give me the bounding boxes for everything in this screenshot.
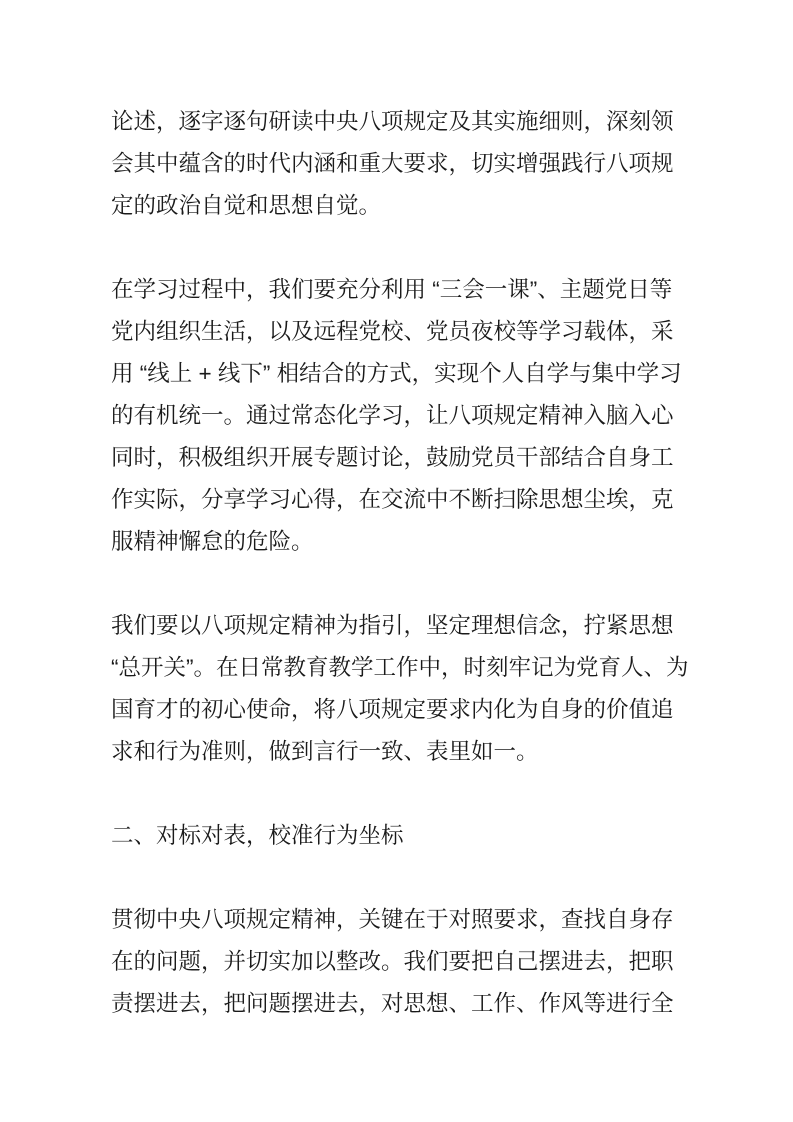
- text-line: 会其中蕴含的时代内涵和重大要求，切实增强践行八项规: [111, 143, 686, 185]
- text-line: 论述，逐字逐句研读中央八项规定及其实施细则，深刻领: [111, 101, 686, 143]
- text-line: 责摆进去，把问题摆进去，对思想、工作、作风等进行全: [111, 983, 686, 1025]
- text-line: 服精神懈怠的危险。: [111, 521, 686, 563]
- paragraph: 在学习过程中，我们要充分利用 “三会一课”、主题党日等党内组织生活，以及远程党校…: [111, 269, 686, 563]
- text-line: 同时，积极组织开展专题讨论，鼓励党员干部结合自身工: [111, 437, 686, 479]
- text-line: 在学习过程中，我们要充分利用 “三会一课”、主题党日等: [111, 269, 686, 311]
- text-line: 二、对标对表，校准行为坐标: [111, 815, 686, 857]
- paragraph: 论述，逐字逐句研读中央八项规定及其实施细则，深刻领会其中蕴含的时代内涵和重大要求…: [111, 101, 686, 227]
- text-line: 国育才的初心使命，将八项规定要求内化为自身的价值追: [111, 689, 686, 731]
- paragraph: 我们要以八项规定精神为指引，坚定理想信念，拧紧思想“总开关”。在日常教育教学工作…: [111, 605, 686, 773]
- text-line: 用 “线上 + 线下” 相结合的方式，实现个人自学与集中学习: [111, 353, 686, 395]
- document-page: 论述，逐字逐句研读中央八项规定及其实施细则，深刻领会其中蕴含的时代内涵和重大要求…: [0, 0, 793, 1122]
- document-body: 论述，逐字逐句研读中央八项规定及其实施细则，深刻领会其中蕴含的时代内涵和重大要求…: [111, 101, 686, 1025]
- text-line: 求和行为准则，做到言行一致、表里如一。: [111, 731, 686, 773]
- text-line: 党内组织生活，以及远程党校、党员夜校等学习载体，采: [111, 311, 686, 353]
- text-line: 定的政治自觉和思想自觉。: [111, 185, 686, 227]
- text-line: 作实际，分享学习心得，在交流中不断扫除思想尘埃，克: [111, 479, 686, 521]
- text-line: “总开关”。在日常教育教学工作中，时刻牢记为党育人、为: [111, 647, 686, 689]
- text-line: 的有机统一。通过常态化学习，让八项规定精神入脑入心: [111, 395, 686, 437]
- section-heading: 二、对标对表，校准行为坐标: [111, 815, 686, 857]
- text-line: 我们要以八项规定精神为指引，坚定理想信念，拧紧思想: [111, 605, 686, 647]
- text-line: 在的问题，并切实加以整改。我们要把自己摆进去，把职: [111, 941, 686, 983]
- text-line: 贯彻中央八项规定精神，关键在于对照要求，查找自身存: [111, 899, 686, 941]
- paragraph: 贯彻中央八项规定精神，关键在于对照要求，查找自身存在的问题，并切实加以整改。我们…: [111, 899, 686, 1025]
